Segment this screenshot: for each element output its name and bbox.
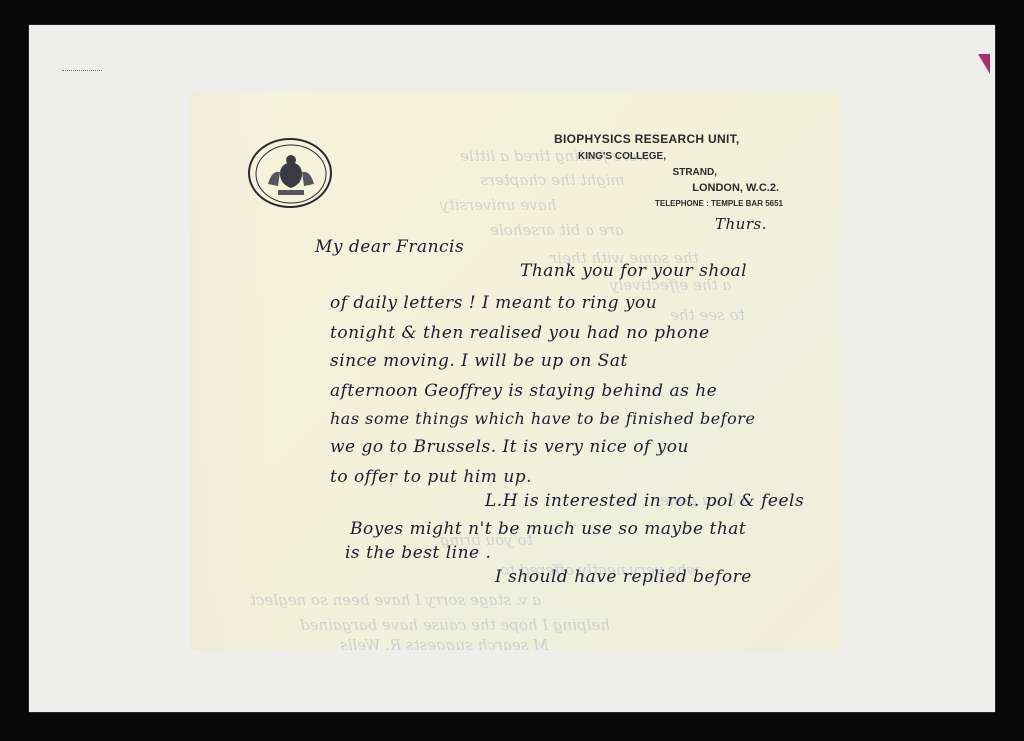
bleed-through-text: to see the [670,306,745,324]
letter-salutation: My dear Francis [315,237,464,257]
bleed-through-text: are a bit arsehole [490,221,624,239]
letter-line: tonight & then realised you had no phone [330,323,710,343]
letterhead-telephone: TELEPHONE : TEMPLE BAR 5651 [655,199,783,208]
letter-line: Thank you for your shoal [520,261,747,281]
letter-line: Boyes might n't be much use so maybe tha… [350,519,746,539]
letter-line: has some things which have to be finishe… [330,409,755,428]
bleed-through-text: helping I hope the cause have bargained [300,616,610,634]
letter-line: L.H is interested in rot. pol & feels [485,491,804,511]
letter-line: afternoon Geoffrey is staying behind as … [330,381,717,401]
bleed-through-text: M search suggests R. Wells [340,636,548,650]
bleed-through-text: a v. stage sorry I have been so neglect [250,591,541,609]
medical-research-council-seal [248,138,332,208]
letterhead-unit: BIOPHYSICS RESEARCH UNIT, [554,132,740,146]
bleed-through-text: have university [440,196,556,214]
letter-line: is the best line . [345,543,491,563]
letter-date: Thurs. [715,215,767,233]
letter-line: since moving. I will be up on Sat [330,351,628,371]
scratch-mark [62,70,102,73]
bleed-through-text: might the chapters [480,171,625,189]
letterhead-street: STRAND, [673,167,717,178]
letter-line: we go to Brussels. It is very nice of yo… [330,437,689,457]
letterhead-college: KING'S COLLEGE, [578,151,666,162]
corner-mark [978,54,990,74]
letter-line: of daily letters ! I meant to ring you [330,293,657,313]
letterhead-city: LONDON, W.C.2. [692,182,779,194]
letter-line: to offer to put him up. [330,467,532,487]
letter-line: I should have replied before [495,567,752,587]
letter-sheet: were feeling tired a little might the ch… [190,91,841,650]
